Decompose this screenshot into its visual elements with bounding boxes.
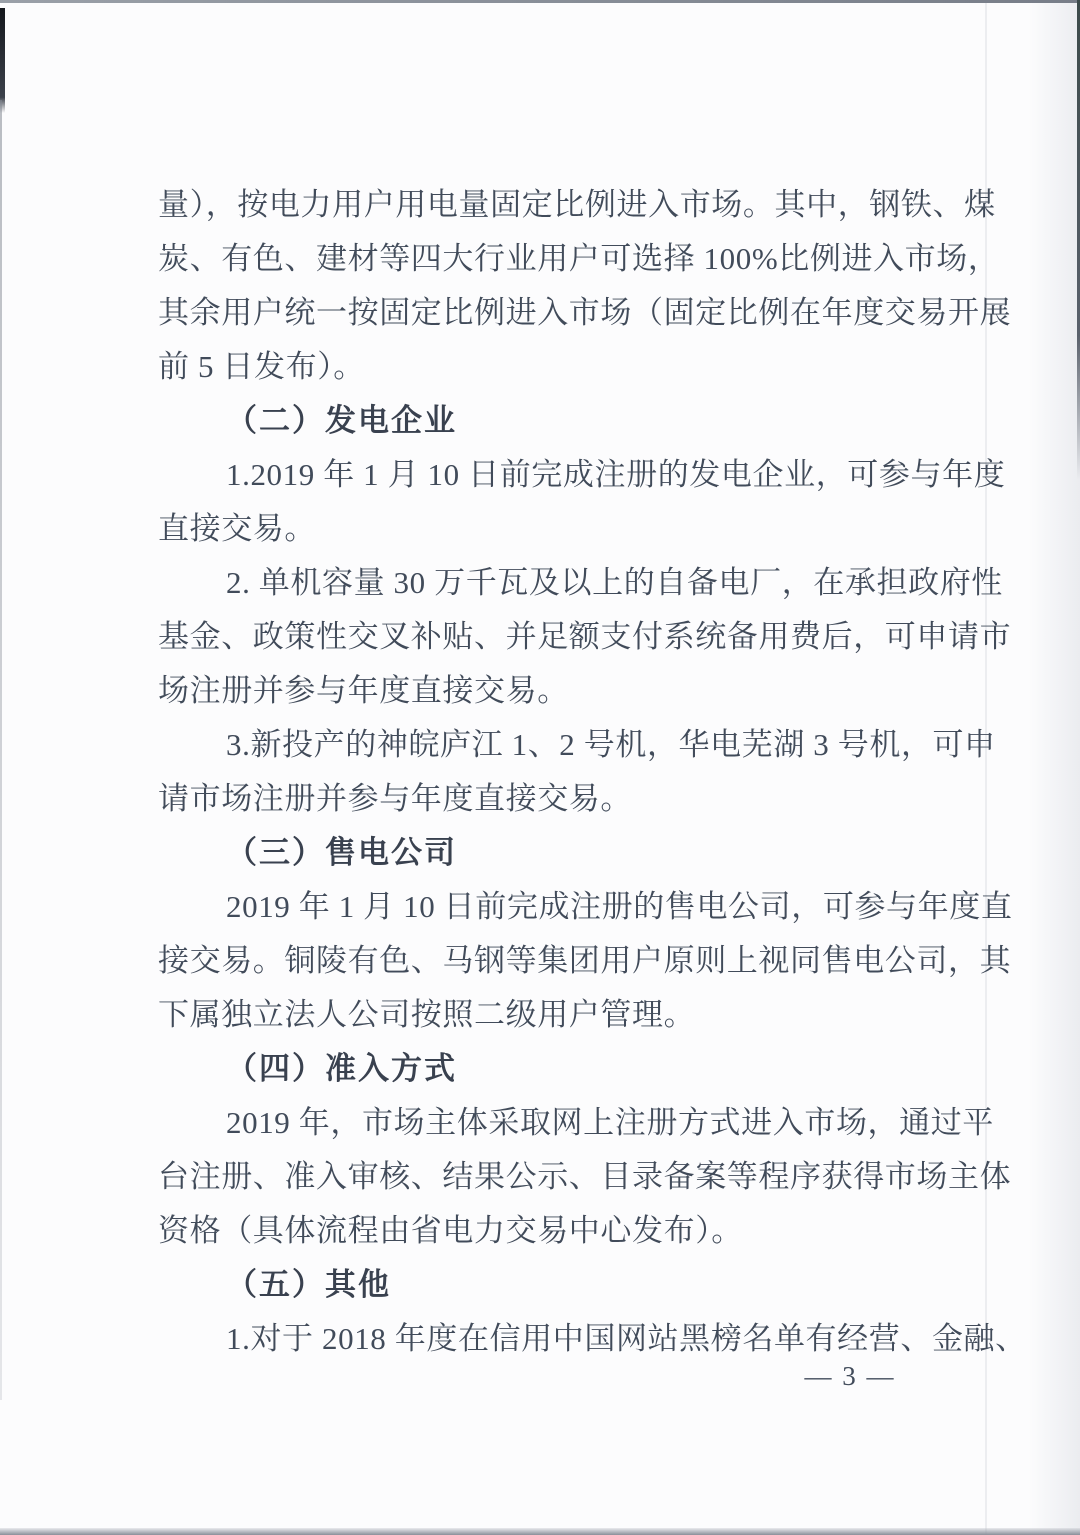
document-line: 2019 年 1 月 10 日前完成注册的售电公司，可参与年度直 bbox=[158, 880, 918, 934]
scanned-document-page: 量），按电力用户用电量固定比例进入市场。其中，钢铁、煤炭、有色、建材等四大行业用… bbox=[0, 0, 1080, 1535]
document-line: 下属独立法人公司按照二级用户管理。 bbox=[158, 988, 918, 1042]
document-line: 1.2019 年 1 月 10 日前完成注册的发电企业，可参与年度 bbox=[158, 448, 918, 502]
document-line: （五）其他 bbox=[158, 1258, 918, 1312]
document-line: 场注册并参与年度直接交易。 bbox=[158, 664, 918, 718]
document-line: 3.新投产的神皖庐江 1、2 号机，华电芜湖 3 号机，可申 bbox=[158, 718, 918, 772]
document-line: 炭、有色、建材等四大行业用户可选择 100%比例进入市场， bbox=[158, 232, 918, 286]
scan-edge-bottom bbox=[0, 1528, 1080, 1535]
document-line: （三）售电公司 bbox=[158, 826, 918, 880]
scan-edge-left-dark bbox=[0, 8, 5, 113]
page-number: — 3 — bbox=[800, 1356, 900, 1396]
document-line: 量），按电力用户用电量固定比例进入市场。其中，钢铁、煤 bbox=[158, 178, 918, 232]
document-line: 其余用户统一按固定比例进入市场（固定比例在年度交易开展 bbox=[158, 286, 918, 340]
document-line: （四）准入方式 bbox=[158, 1042, 918, 1096]
document-line: 台注册、准入审核、结果公示、目录备案等程序获得市场主体 bbox=[158, 1150, 918, 1204]
document-line: 前 5 日发布）。 bbox=[158, 340, 918, 394]
document-line: 请市场注册并参与年度直接交易。 bbox=[158, 772, 918, 826]
document-line: 资格（具体流程由省电力交易中心发布）。 bbox=[158, 1204, 918, 1258]
scan-edge-left-faint bbox=[0, 100, 2, 1400]
document-line: 接交易。铜陵有色、马钢等集团用户原则上视同售电公司，其 bbox=[158, 934, 918, 988]
scan-edge-top bbox=[0, 0, 1080, 3]
document-line: （二）发电企业 bbox=[158, 394, 918, 448]
document-line: 2019 年，市场主体采取网上注册方式进入市场，通过平 bbox=[158, 1096, 918, 1150]
document-line: 基金、政策性交叉补贴、并足额支付系统备用费后，可申请市 bbox=[158, 610, 918, 664]
paper-right-shading bbox=[1028, 0, 1080, 1535]
document-line: 直接交易。 bbox=[158, 502, 918, 556]
document-line: 2. 单机容量 30 万千瓦及以上的自备电厂，在承担政府性 bbox=[158, 556, 918, 610]
document-lines: 量），按电力用户用电量固定比例进入市场。其中，钢铁、煤炭、有色、建材等四大行业用… bbox=[158, 178, 918, 1366]
